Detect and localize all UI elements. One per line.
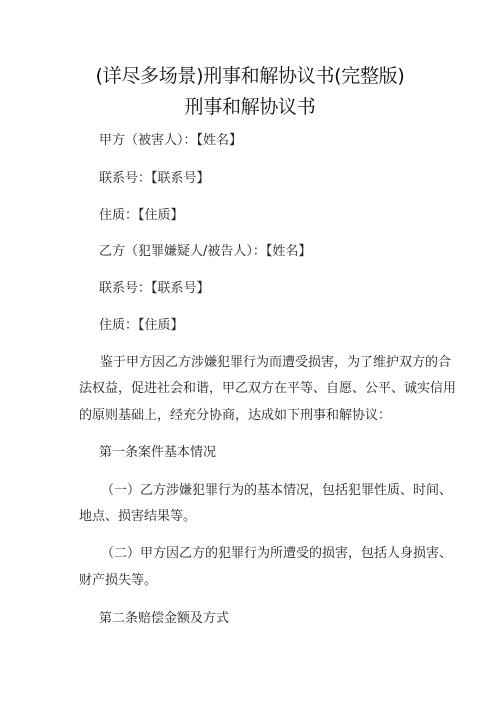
party-a-contact: 联系号：【联系号】 <box>99 170 210 188</box>
document-page: (详尽多场景)刑事和解协议书(完整版) 刑事和解协议书 甲方（被害人）：【姓名】… <box>0 0 500 707</box>
article-2-heading: 第二条赔偿金额及方式 <box>99 610 229 628</box>
preamble-line-2: 法权益，促进社会和谐，甲乙双方在平等、自愿、公平、诚实信用 <box>79 380 456 398</box>
article-1-item-2-line-1: （二）甲方因乙方的犯罪行为所遭受的损害，包括人身损害、 <box>101 545 452 563</box>
article-1-item-1-line-1: （一）乙方涉嫌犯罪行为的基本情况，包括犯罪性质、时间、 <box>101 482 452 500</box>
party-a-label: 甲方（被害人）：【姓名】 <box>99 132 242 150</box>
preamble-line-3: 的原则基础上，经充分协商，达成如下刑事和解协议： <box>79 407 391 425</box>
article-1-heading: 第一条案件基本情况 <box>99 444 216 462</box>
document-title-main: (详尽多场景)刑事和解协议书(完整版) <box>0 64 500 88</box>
party-b-address: 住质：【住质】 <box>99 317 184 335</box>
article-1-item-2-line-2: 财产损失等。 <box>79 572 157 590</box>
party-b-contact: 联系号：【联系号】 <box>99 280 210 298</box>
party-b-label: 乙方（犯罪嫌疑人/被告人）：【姓名】 <box>99 243 311 261</box>
document-title-sub: 刑事和解协议书 <box>0 95 500 119</box>
party-a-address: 住质：【住质】 <box>99 207 184 225</box>
article-1-item-1-line-2: 地点、损害结果等。 <box>79 508 196 526</box>
preamble-line-1: 鉴于甲方因乙方涉嫌犯罪行为而遭受损害，为了维护双方的合 <box>100 354 451 372</box>
